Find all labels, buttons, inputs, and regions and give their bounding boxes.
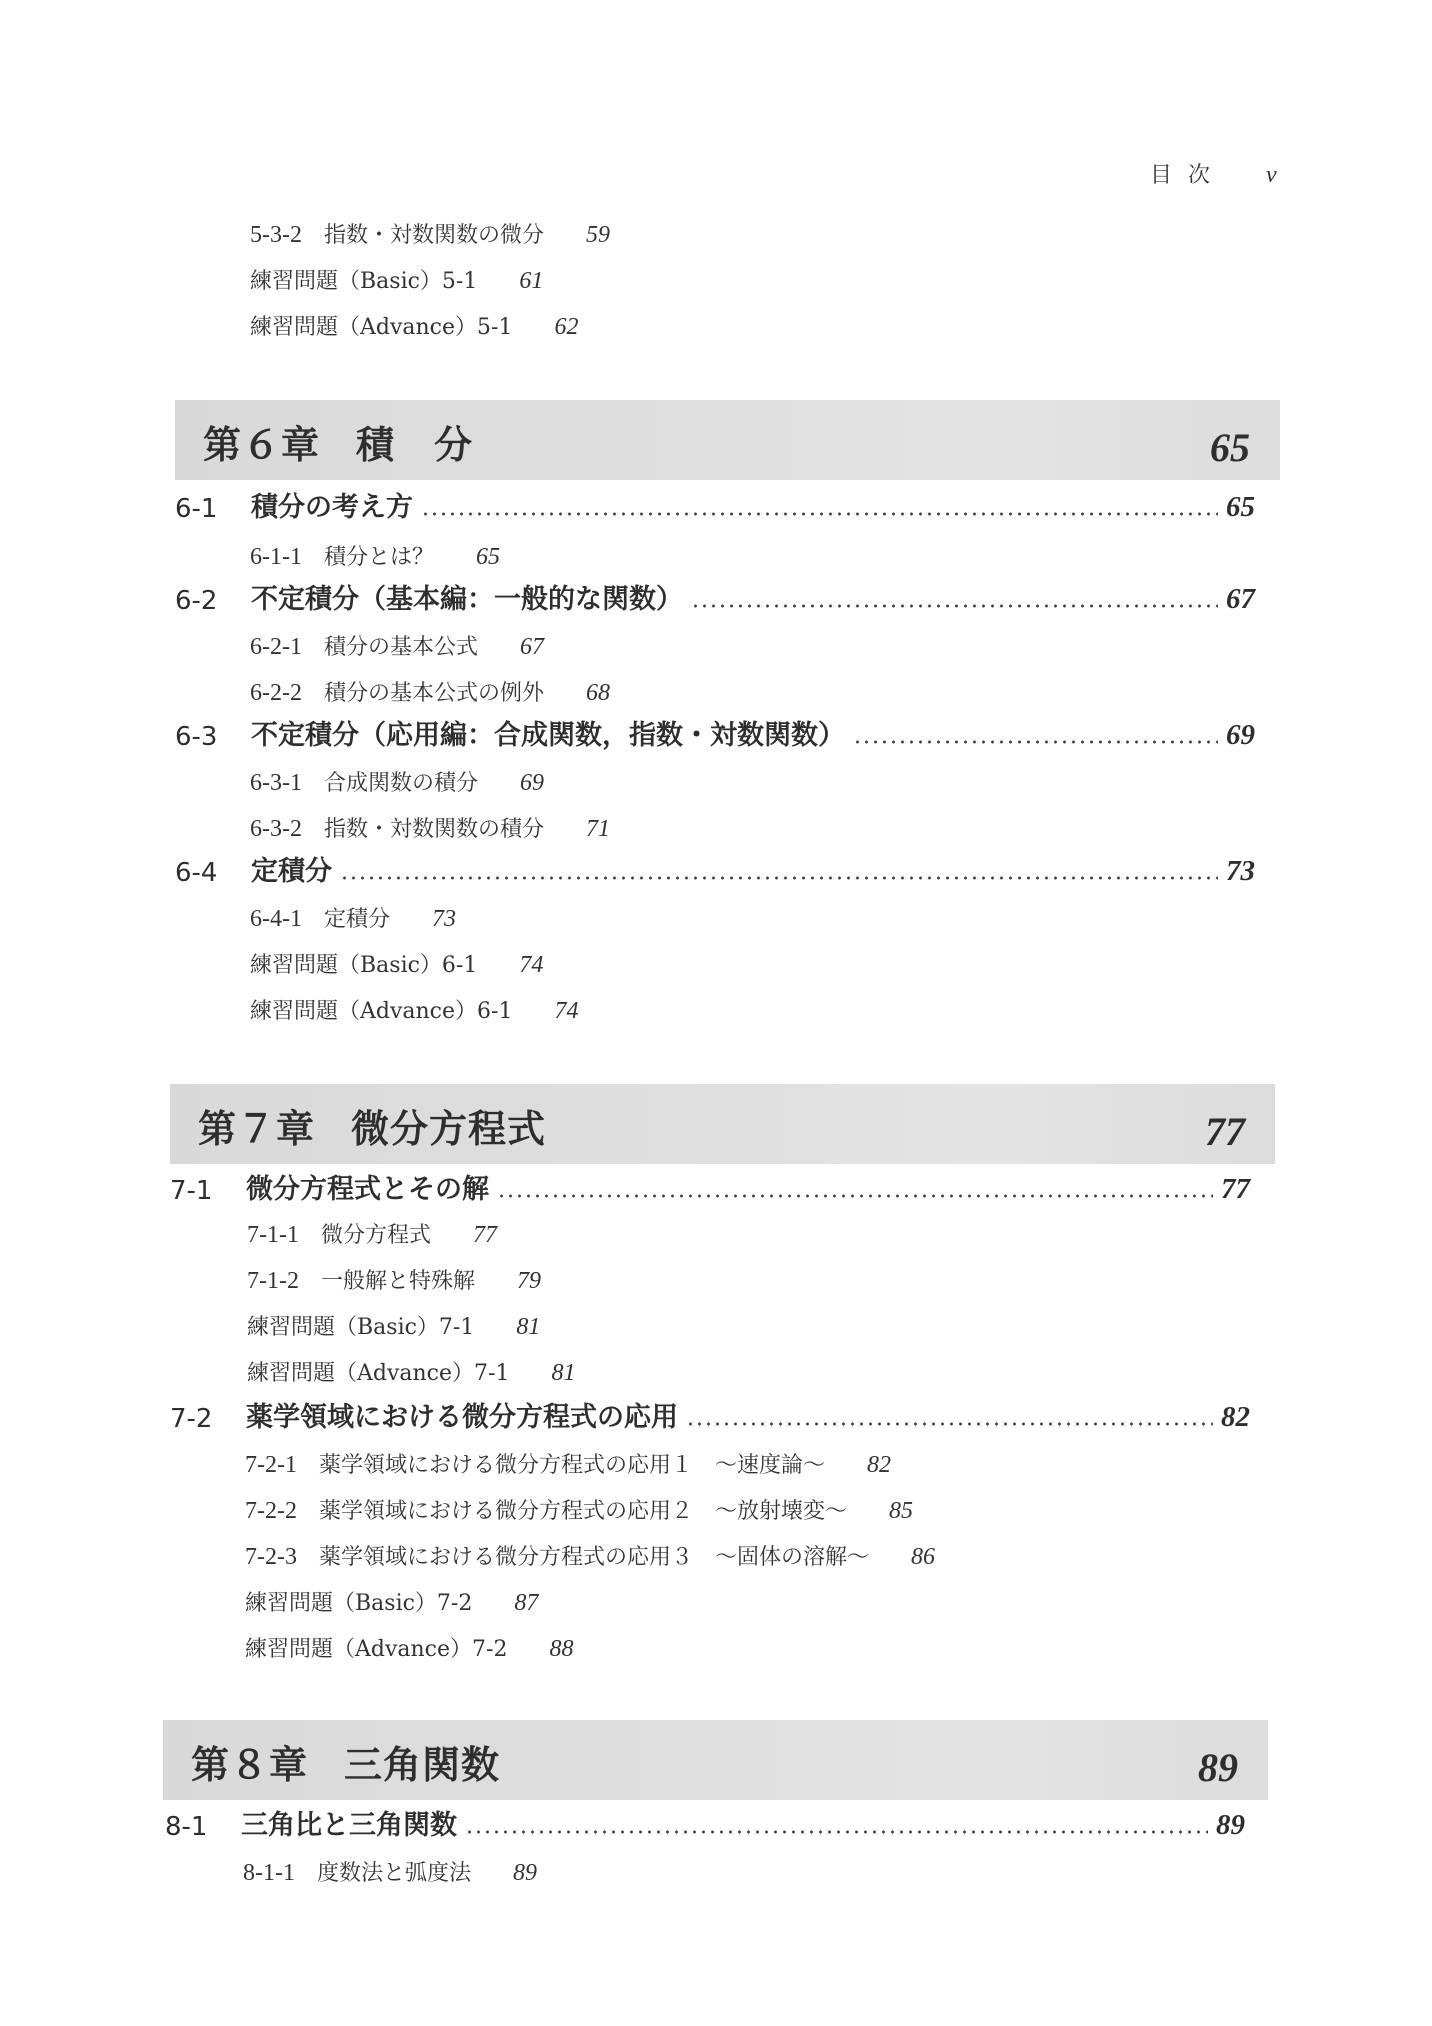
toc-section-7-2[interactable]: 7-2薬学領域における微分方程式の応用82 [170, 1394, 1250, 1434]
running-head: 目次v [1150, 158, 1277, 189]
toc-subitem[interactable]: 6-1-1積分とは？65 [250, 540, 500, 571]
toc-subitem[interactable]: 練習問題（Basic）7-287 [245, 1586, 538, 1617]
toc-section-7-1[interactable]: 7-1微分方程式とその解77 [170, 1166, 1250, 1206]
toc-subitem[interactable]: 6-3-1合成関数の積分69 [250, 766, 544, 797]
dot-leader [686, 1421, 1213, 1427]
toc-subitem[interactable]: 7-1-2一般解と特殊解79 [247, 1264, 541, 1295]
toc-section-6-1[interactable]: 6-1積分の考え方65 [175, 484, 1255, 524]
toc-subitem[interactable]: 5-3-2指数・対数関数の微分59 [250, 218, 610, 249]
running-head-title: 目次 [1150, 163, 1226, 188]
toc-subitem[interactable]: 6-2-2積分の基本公式の例外68 [250, 676, 610, 707]
toc-subitem[interactable]: 7-1-1微分方程式77 [247, 1218, 497, 1249]
toc-subitem[interactable]: 6-3-2指数・対数関数の積分71 [250, 812, 610, 843]
toc-subitem[interactable]: 練習問題（Advance）7-181 [247, 1356, 575, 1387]
toc-subitem[interactable]: 練習問題（Advance）6-174 [250, 994, 578, 1025]
page-number: v [1266, 162, 1277, 188]
toc-subitem[interactable]: 練習問題（Basic）5-161 [250, 264, 543, 295]
dot-leader [497, 1193, 1213, 1199]
chapter-heading-6[interactable]: 第６章積 分 65 [175, 400, 1280, 480]
toc-subitem[interactable]: 7-2-1薬学領域における微分方程式の応用１ ～速度論～82 [245, 1448, 891, 1479]
toc-subitem[interactable]: 練習問題（Advance）7-288 [245, 1632, 573, 1663]
dot-leader [465, 1829, 1208, 1835]
toc-subitem[interactable]: 練習問題（Basic）6-174 [250, 948, 543, 979]
toc-section-8-1[interactable]: 8-1三角比と三角関数89 [165, 1802, 1245, 1842]
toc-subitem[interactable]: 練習問題（Advance）5-162 [250, 310, 578, 341]
dot-leader [691, 603, 1218, 609]
dot-leader [340, 875, 1218, 881]
toc-section-6-4[interactable]: 6-4定積分73 [175, 848, 1255, 888]
dot-leader [421, 511, 1218, 517]
toc-subitem[interactable]: 6-2-1積分の基本公式67 [250, 630, 544, 661]
toc-section-6-2[interactable]: 6-2不定積分（基本編：一般的な関数）67 [175, 576, 1255, 616]
toc-subitem[interactable]: 6-4-1定積分73 [250, 902, 456, 933]
toc-subitem[interactable]: 8-1-1度数法と弧度法89 [243, 1856, 537, 1887]
toc-subitem[interactable]: 7-2-3薬学領域における微分方程式の応用３ ～固体の溶解～86 [245, 1540, 935, 1571]
chapter-heading-7[interactable]: 第７章微分方程式 77 [170, 1084, 1275, 1164]
toc-subitem[interactable]: 練習問題（Basic）7-181 [247, 1310, 540, 1341]
chapter-heading-8[interactable]: 第８章三角関数 89 [163, 1720, 1268, 1800]
toc-subitem[interactable]: 7-2-2薬学領域における微分方程式の応用２ ～放射壊変～85 [245, 1494, 913, 1525]
dot-leader [853, 739, 1218, 745]
toc-section-6-3[interactable]: 6-3不定積分（応用編：合成関数，指数・対数関数）69 [175, 712, 1255, 752]
